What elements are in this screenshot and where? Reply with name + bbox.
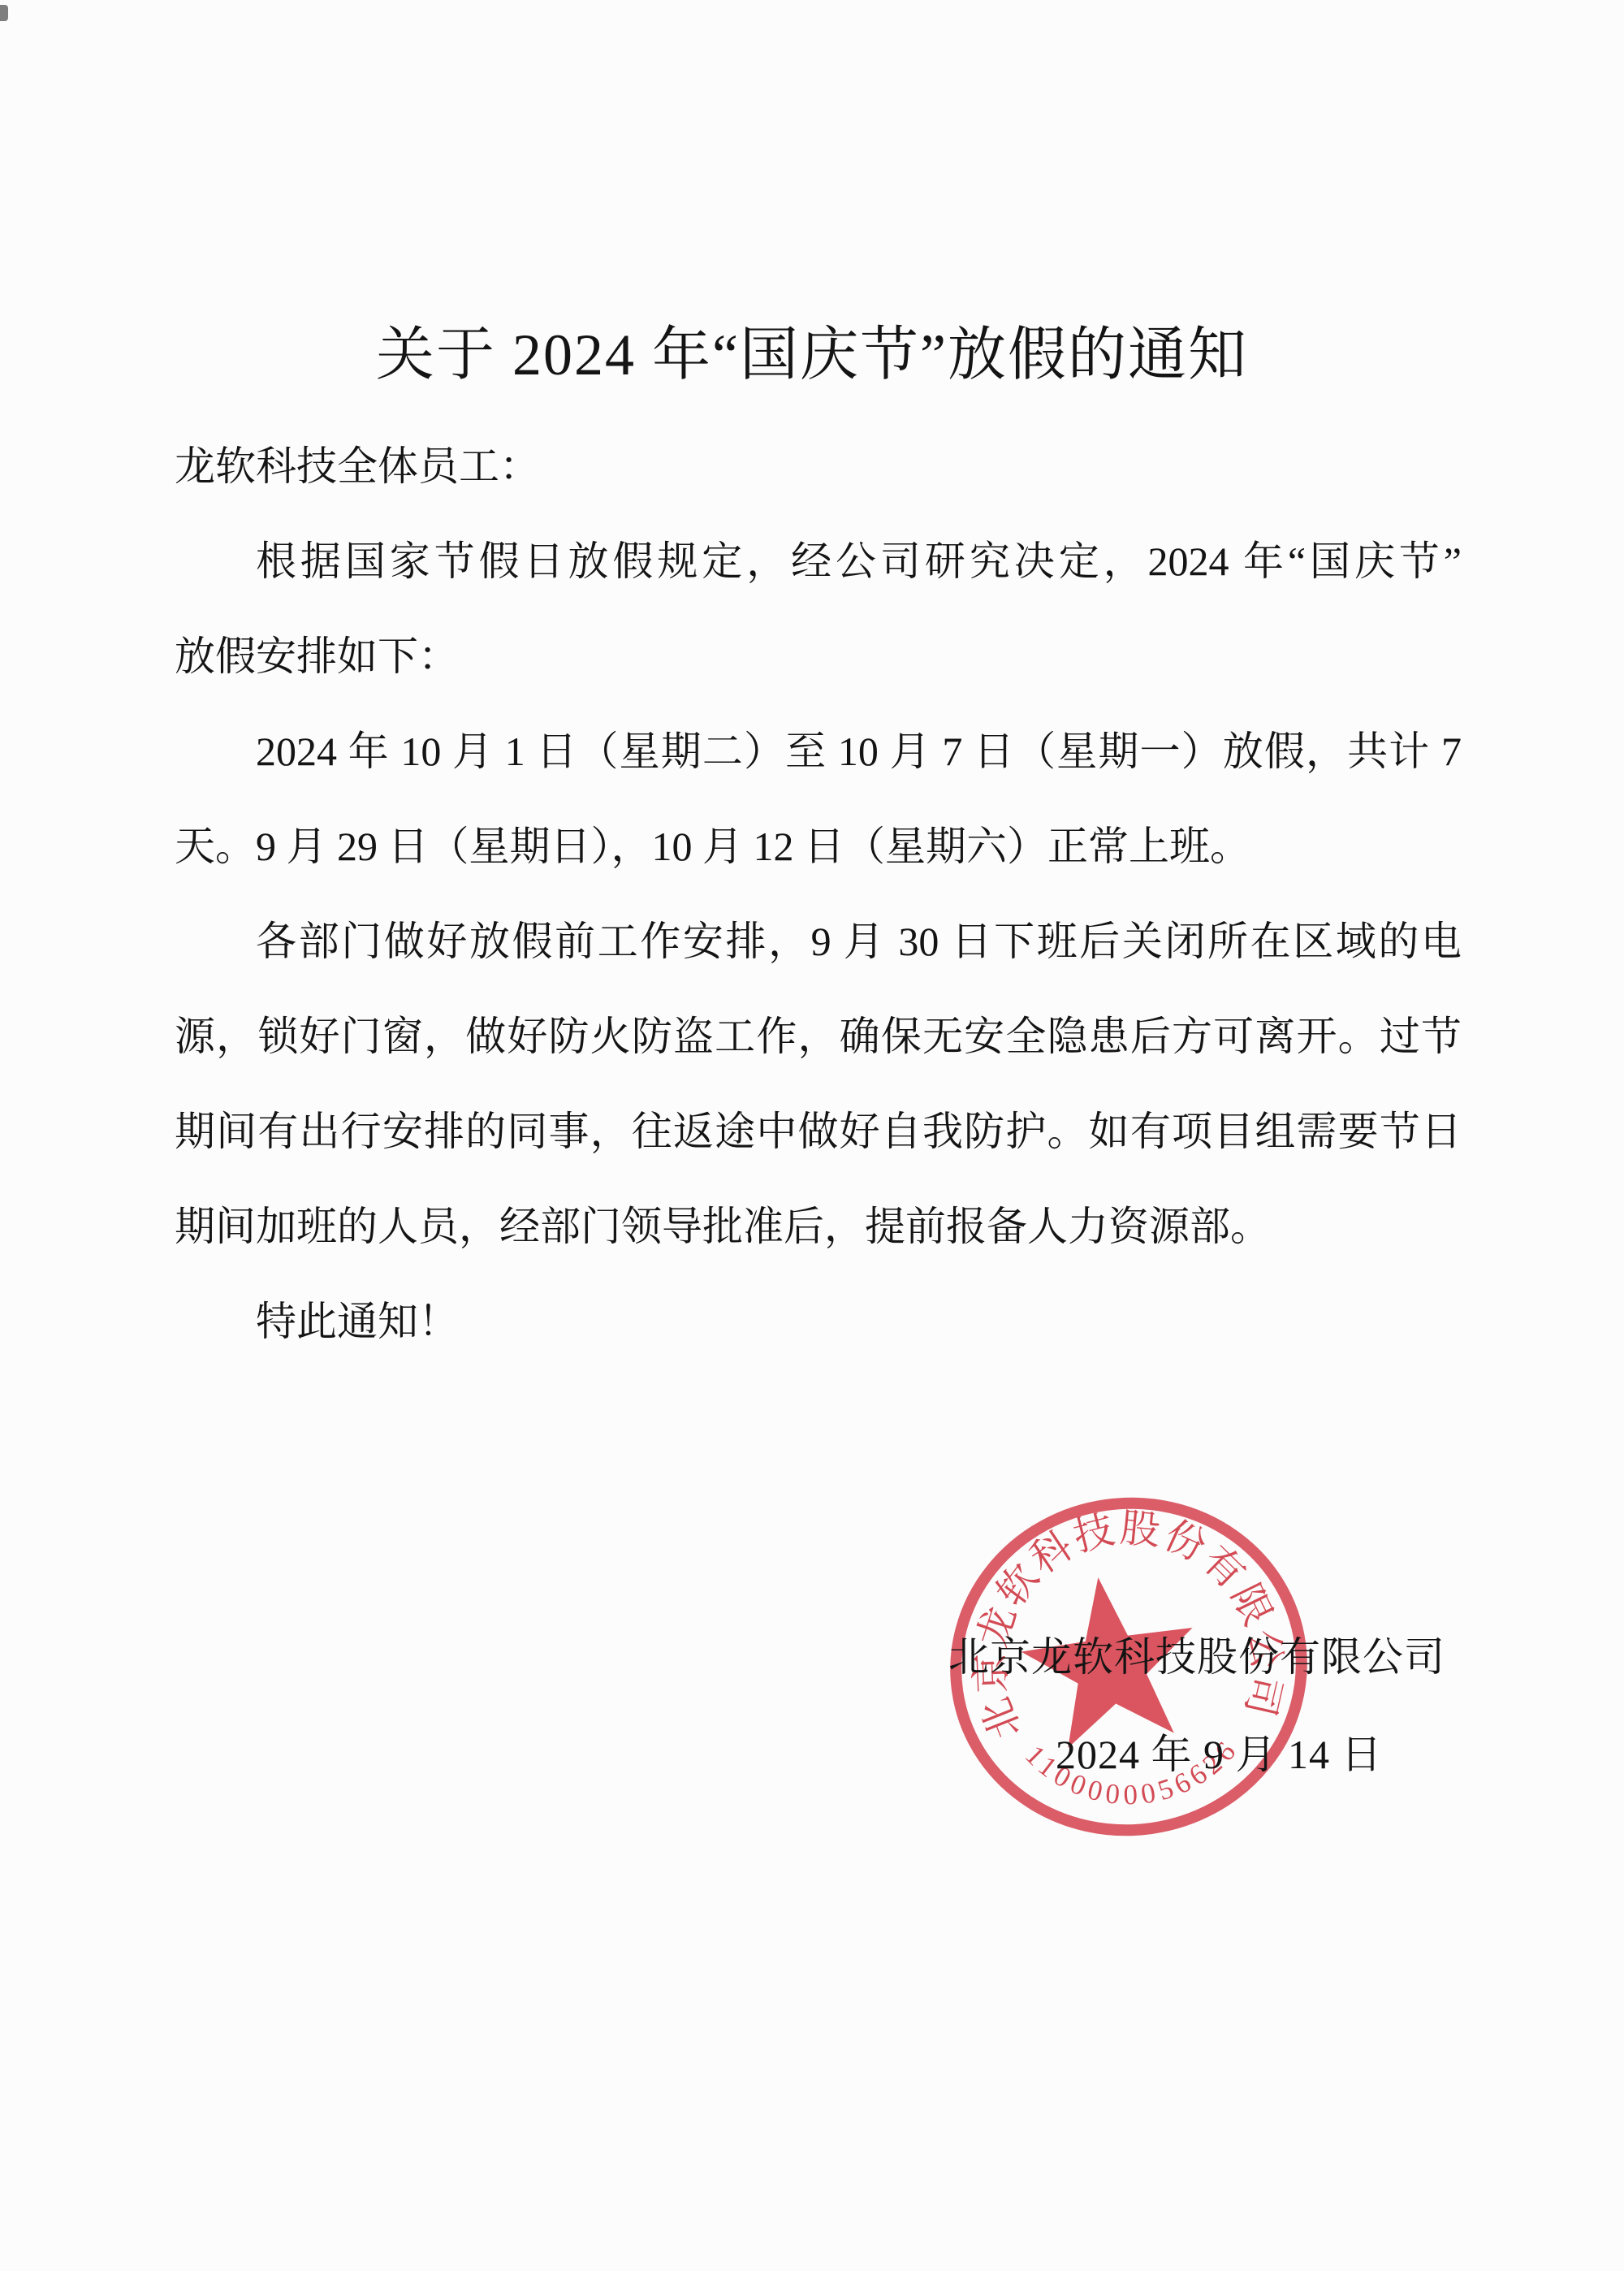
- body-line: 源，锁好门窗，做好防火防盗工作，确保无安全隐患后方可离开。过节: [175, 989, 1462, 1084]
- signature-company: 北京龙软科技股份有限公司: [948, 1624, 1445, 1683]
- body-line: 期间加班的人员，经部门领导批准后，提前报备人力资源部。: [175, 1179, 1462, 1274]
- body-line: 期间有出行安排的同事，往返途中做好自我防护。如有项目组需要节日: [175, 1084, 1462, 1179]
- body-line: 各部门做好放假前工作安排，9 月 30 日下班后关闭所在区域的电: [175, 894, 1462, 989]
- document-page: 关于 2024 年“国庆节”放假的通知 龙软科技全体员工： 根据国家节假日放假规…: [0, 0, 1624, 2271]
- salutation: 龙软科技全体员工：: [175, 419, 1462, 514]
- signature-date: 2024 年 9 月 14 日: [1056, 1722, 1383, 1780]
- body-line: 根据国家节假日放假规定，经公司研究决定，2024 年“国庆节”: [175, 514, 1462, 609]
- body-line: 放假安排如下：: [175, 609, 1462, 704]
- notice-body: 龙软科技全体员工： 根据国家节假日放假规定，经公司研究决定，2024 年“国庆节…: [175, 419, 1462, 1369]
- closing-line: 特此通知！: [175, 1274, 1462, 1369]
- body-line: 天。9 月 29 日（星期日），10 月 12 日（星期六）正常上班。: [175, 799, 1462, 894]
- body-line: 2024 年 10 月 1 日（星期二）至 10 月 7 日（星期一）放假，共计…: [175, 704, 1462, 799]
- scan-artifact: [0, 5, 8, 21]
- notice-title: 关于 2024 年“国庆节”放假的通知: [0, 307, 1624, 391]
